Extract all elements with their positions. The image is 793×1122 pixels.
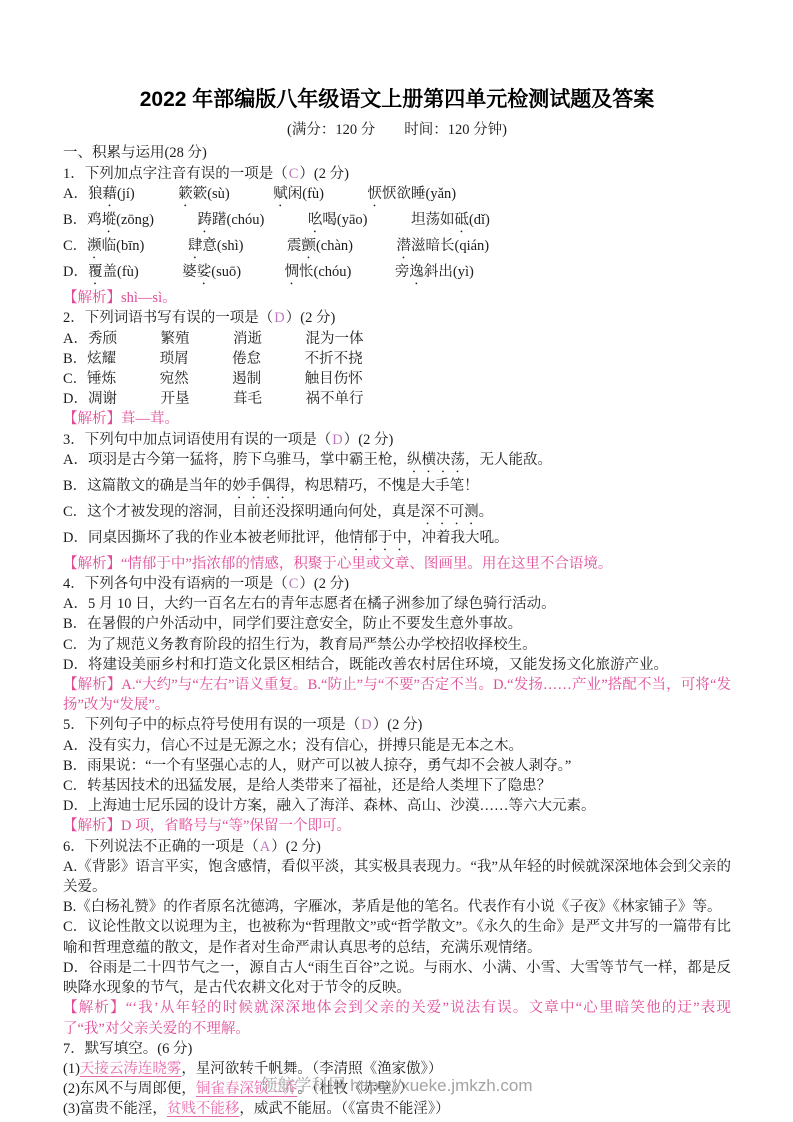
text-run: ）(2 分): [299, 576, 349, 592]
q5-option-c: C．转基因技术的迅猛发展，是给人类带来了福祉，还是给人类埋下了隐患？: [63, 776, 731, 796]
answer-letter: C: [288, 576, 300, 592]
text-run: B．炫耀 琐屑 倦怠 不折不挠: [63, 351, 363, 367]
text-run: ，无人能敌。: [465, 452, 552, 468]
text-run: 6．下列说法不正确的一项是（: [63, 839, 259, 855]
q1-option-d: D．覆盖(fù) 婆娑(suō) 惆怅(chóu) 旁逸斜出(yì): [63, 262, 731, 288]
text-run: (suō): [211, 264, 284, 280]
text-run: C．锤炼 宛然 遏制 触目伤怀: [63, 371, 363, 387]
fill-in-answer: 贫贱不能移: [167, 1101, 240, 1117]
text-run: ）(2 分): [286, 310, 336, 326]
text-run: (jí): [117, 186, 178, 202]
q2-option-c: C．锤炼 宛然 遏制 触目伤怀: [63, 369, 731, 389]
text-run: A．狼: [63, 186, 102, 202]
text-run: 意(shì) 震: [202, 238, 301, 254]
emphasized-word: 覆: [88, 264, 103, 280]
q3-stem: 3．下列句中加点词语使用有误的一项是（D）(2 分): [63, 430, 731, 450]
text-run: (zōng): [116, 212, 197, 228]
text-run: 4．下列各句中没有语病的一项是（: [63, 576, 288, 592]
text-run: 【解析】“情郁于中”指浓郁的情感，积聚于心里或文章、图画里。用在这里不合语境。: [63, 556, 612, 572]
text-run: ，冲着我大吼。: [407, 530, 509, 546]
text-run: A．没有实力，信心不过是无源之水；没有信心，拼搏只能是无本之木。: [63, 738, 523, 754]
text-run: 恹欲睡(yǎn): [382, 186, 456, 202]
text-run: 2．下列词语书写有误的一项是（: [63, 310, 273, 326]
text-run: 1．下列加点字注音有误的一项是（: [63, 166, 288, 182]
text-run: A.《背影》语言平实，饱含感情，看似平淡，其实极具表现力。“我”从年轻的时候就深…: [63, 859, 731, 895]
exam-meta: (满分：120 分 时间：120 分钟): [63, 120, 731, 141]
q7-stem: 7．默写填空。(6 分): [63, 1039, 731, 1059]
text-run: D．谷雨是二十四节气之一，源自古人“雨生百谷”之说。与雨水、小满、小雪、大雪等节…: [63, 960, 731, 996]
q2-option-d: D．凋谢 开垦 葺毛 祸不单行: [63, 389, 731, 409]
emphasized-word: 簌: [178, 186, 193, 202]
watermark-text: 领航学科网 https://xueke.jmkzh.com: [260, 1076, 532, 1095]
emphasized-word: 逸: [409, 264, 424, 280]
text-run: 【解析】葺—茸。: [63, 411, 179, 427]
text-run: A．项羽是古今第一猛将，胯下乌骓马，掌中霸王枪，: [63, 452, 407, 468]
text-run: ）(2 分): [271, 839, 321, 855]
text-run: C．这个才被发现的溶洞，目前还没探明通向何处，真是: [63, 504, 421, 520]
text-run: (dǐ): [469, 212, 490, 228]
answer-letter: A: [259, 839, 271, 855]
q4-option-d: D．将建设美丽乡村和打造文化景区相结合，既能改善农村居住环境，又能发扬文化旅游产…: [63, 655, 731, 675]
text-run: 滋暗长(qián): [411, 238, 489, 254]
text-run: ）(2 分): [344, 432, 394, 448]
q5-option-b: B．雨果说：“一个有坚强心志的人，财产可以被人掠夺，勇气却不会被人剥夺。”: [63, 756, 731, 776]
q5-option-d: D．上海迪士尼乐园的设计方案，融入了海洋、森林、高山、沙漠……等六大元素。: [63, 796, 731, 816]
q4-option-a: A．5 月 10 日，大约一百名左右的青年志愿者在橘子洲参加了绿色骑行活动。: [63, 594, 731, 614]
q3-option-c: C．这个才被发现的溶洞，目前还没探明通向何处，真是深不可测。: [63, 502, 731, 528]
text-run: ，构思精巧，不愧是大手笔！: [290, 478, 479, 494]
text-run: A．秀颀 繁殖 消逝 混为一体: [63, 331, 363, 347]
q1-option-b: B．鸡㙡(zōng) 踌躇(chóu) 吆喝(yāo) 坦荡如砥(dǐ): [63, 210, 731, 236]
q6-option-d: D．谷雨是二十四节气之一，源自古人“雨生百谷”之说。与雨水、小满、小雪、大雪等节…: [63, 958, 731, 998]
q5-option-a: A．没有实力，信心不过是无源之水；没有信心，拼搏只能是无本之木。: [63, 736, 731, 756]
text-run: 5．下列句子中的标点符号使用有误的一项是（: [63, 717, 360, 733]
q1-analysis: 【解析】shì—sì。: [63, 288, 731, 308]
section-heading: 一、积累与运用(28 分): [63, 143, 731, 164]
emphasized-word: 恹: [368, 186, 383, 202]
emphasized-word: 藉: [102, 186, 117, 202]
q6-option-a: A.《背影》语言平实，饱含感情，看似平淡，其实极具表现力。“我”从年轻的时候就深…: [63, 857, 731, 897]
emphasized-word: 情郁于中: [349, 530, 407, 546]
emphasized-word: 潜: [396, 238, 411, 254]
exam-body: 1．下列加点字注音有误的一项是（C）(2 分)A．狼藉(jí) 簌簌(sù) 赋…: [63, 164, 731, 1120]
text-run: B．这篇散文的确是当年的: [63, 478, 232, 494]
q2-analysis: 【解析】葺—茸。: [63, 409, 731, 429]
answer-letter: D: [273, 310, 285, 326]
q1-stem: 1．下列加点字注音有误的一项是（C）(2 分): [63, 164, 731, 184]
answer-letter: D: [331, 432, 343, 448]
emphasized-word: 颤: [301, 238, 316, 254]
text-run: 【解析】shì—sì。: [63, 290, 177, 306]
text-run: 【解析】D 项，省略号与“等”保留一个即可。: [63, 818, 351, 834]
emphasized-word: 娑: [197, 264, 212, 280]
text-run: B．雨果说：“一个有坚强心志的人，财产可以被人掠夺，勇气却不会被人剥夺。”: [63, 758, 571, 774]
q1-option-a: A．狼藉(jí) 簌簌(sù) 赋闲(fù) 恹恹欲睡(yǎn): [63, 184, 731, 210]
text-run: (chàn): [316, 238, 397, 254]
q3-option-b: B．这篇散文的确是当年的妙手偶得，构思精巧，不愧是大手笔！: [63, 476, 731, 502]
q4-option-b: B．在暑假的户外活动中，同学们要注意安全，防止不要发生意外事故。: [63, 614, 731, 634]
q6-option-b: B.《白杨礼赞》的作者原名沈德鸿，字雁冰，茅盾是他的笔名。代表作有小说《子夜》《…: [63, 897, 731, 917]
exam-page: 2022 年部编版八年级语文上册第四单元检测试题及答案 (满分：120 分 时间…: [0, 0, 793, 1122]
q7-blank-3: (3)富贵不能淫，贫贱不能移，威武不能屈。（《富贵不能淫》）: [63, 1099, 731, 1119]
text-run: 临(bīn): [102, 238, 188, 254]
q4-stem: 4．下列各句中没有语病的一项是（C）(2 分): [63, 574, 731, 594]
text-run: C．转基因技术的迅猛发展，是给人类带来了福祉，还是给人类埋下了隐患？: [63, 778, 551, 794]
answer-letter: D: [360, 717, 372, 733]
text-run: 【解析】A.“大约”与“左右”语义重复。B.“防止”与“不要”否定不当。D.“发…: [63, 677, 731, 713]
q6-stem: 6．下列说法不正确的一项是（A）(2 分): [63, 837, 731, 857]
q1-option-c: C．濒临(bīn) 肆意(shì) 震颤(chàn) 潜滋暗长(qián): [63, 236, 731, 262]
q2-option-b: B．炫耀 琐屑 倦怠 不折不挠: [63, 349, 731, 369]
emphasized-word: 砥: [454, 212, 469, 228]
watermark: 领航学科网 https://xueke.jmkzh.com: [0, 1071, 793, 1096]
q3-option-d: D．同桌因撕坏了我的作业本被老师批评，他情郁于中，冲着我大吼。: [63, 528, 731, 554]
q3-analysis: 【解析】“情郁于中”指浓郁的情感，积聚于心里或文章、图画里。用在这里不合语境。: [63, 554, 731, 574]
emphasized-word: 吆: [308, 212, 323, 228]
text-run: B．鸡: [63, 212, 102, 228]
text-run: 怅(chóu) 旁: [299, 264, 409, 280]
text-run: 簌(sù): [193, 186, 274, 202]
text-run: ）(2 分): [373, 717, 423, 733]
text-run: D．同桌因撕坏了我的作业本被老师批评，他: [63, 530, 349, 546]
text-run: D．: [63, 264, 88, 280]
q4-option-c: C．为了规范义务教育阶段的招生行为，教育局严禁公办学校招收择校生。: [63, 635, 731, 655]
q6-analysis: 【解析】“‘我’从年轻的时候就深深地体会到父亲的关爱”说法有误。文章中“心里暗笑…: [63, 998, 731, 1038]
emphasized-word: 濒: [87, 238, 102, 254]
text-run: (3)富贵不能淫，: [63, 1101, 167, 1117]
q4-analysis: 【解析】A.“大约”与“左右”语义重复。B.“防止”与“不要”否定不当。D.“发…: [63, 675, 731, 715]
text-run: C．: [63, 238, 87, 254]
text-run: A．5 月 10 日，大约一百名左右的青年志愿者在橘子洲参加了绿色骑行活动。: [63, 596, 556, 612]
text-run: 斜出(yì): [424, 264, 474, 280]
text-run: 盖(fù) 婆: [102, 264, 196, 280]
emphasized-word: 踌: [198, 212, 213, 228]
text-run: C．议论性散文以说理为主，也被称为“哲理散文”或“哲学散文”。《永久的生命》是严…: [63, 919, 731, 955]
answer-letter: C: [288, 166, 300, 182]
text-run: 躇(chóu): [212, 212, 308, 228]
text-run: B．在暑假的户外活动中，同学们要注意安全，防止不要发生意外事故。: [63, 616, 522, 632]
text-run: 【解析】“‘我’从年轻的时候就深深地体会到父亲的关爱”说法有误。文章中“心里暗笑…: [63, 1000, 731, 1036]
text-run: 3．下列句中加点词语使用有误的一项是（: [63, 432, 331, 448]
text-run: ，威武不能屈。（《富贵不能淫》）: [239, 1101, 449, 1117]
q5-stem: 5．下列句子中的标点符号使用有误的一项是（D）(2 分): [63, 715, 731, 735]
emphasized-word: 妙手偶得: [232, 478, 290, 494]
q2-stem: 2．下列词语书写有误的一项是（D）(2 分): [63, 308, 731, 328]
emphasized-word: 深不可测: [421, 504, 479, 520]
text-run: 喝(yāo) 坦荡如: [322, 212, 454, 228]
text-run: D．上海迪士尼乐园的设计方案，融入了海洋、森林、高山、沙漠……等六大元素。: [63, 798, 595, 814]
text-run: ）(2 分): [299, 166, 349, 182]
text-run: 。: [479, 504, 494, 520]
text-run: D．凋谢 开垦 葺毛 祸不单行: [63, 391, 363, 407]
emphasized-word: 赋: [273, 186, 288, 202]
text-run: 闲(fù): [288, 186, 368, 202]
page-title: 2022 年部编版八年级语文上册第四单元检测试题及答案: [63, 86, 731, 113]
q3-option-a: A．项羽是古今第一猛将，胯下乌骓马，掌中霸王枪，纵横决荡，无人能敌。: [63, 450, 731, 476]
q2-option-a: A．秀颀 繁殖 消逝 混为一体: [63, 329, 731, 349]
emphasized-word: 㙡: [102, 212, 117, 228]
q5-analysis: 【解析】D 项，省略号与“等”保留一个即可。: [63, 816, 731, 836]
text-run: B.《白杨礼赞》的作者原名沈德鸿，字雁冰，茅盾是他的笔名。代表作有小说《子夜》《…: [63, 899, 722, 915]
text-run: C．为了规范义务教育阶段的招生行为，教育局严禁公办学校招收择校生。: [63, 637, 537, 653]
emphasized-word: 肆: [188, 238, 203, 254]
q6-option-c: C．议论性散文以说理为主，也被称为“哲理散文”或“哲学散文”。《永久的生命》是严…: [63, 917, 731, 957]
emphasized-word: 惆: [285, 264, 300, 280]
text-run: 7．默写填空。(6 分): [63, 1041, 192, 1057]
emphasized-word: 纵横决荡: [407, 452, 465, 468]
text-run: D．将建设美丽乡村和打造文化景区相结合，既能改善农村居住环境，又能发扬文化旅游产…: [63, 657, 668, 673]
